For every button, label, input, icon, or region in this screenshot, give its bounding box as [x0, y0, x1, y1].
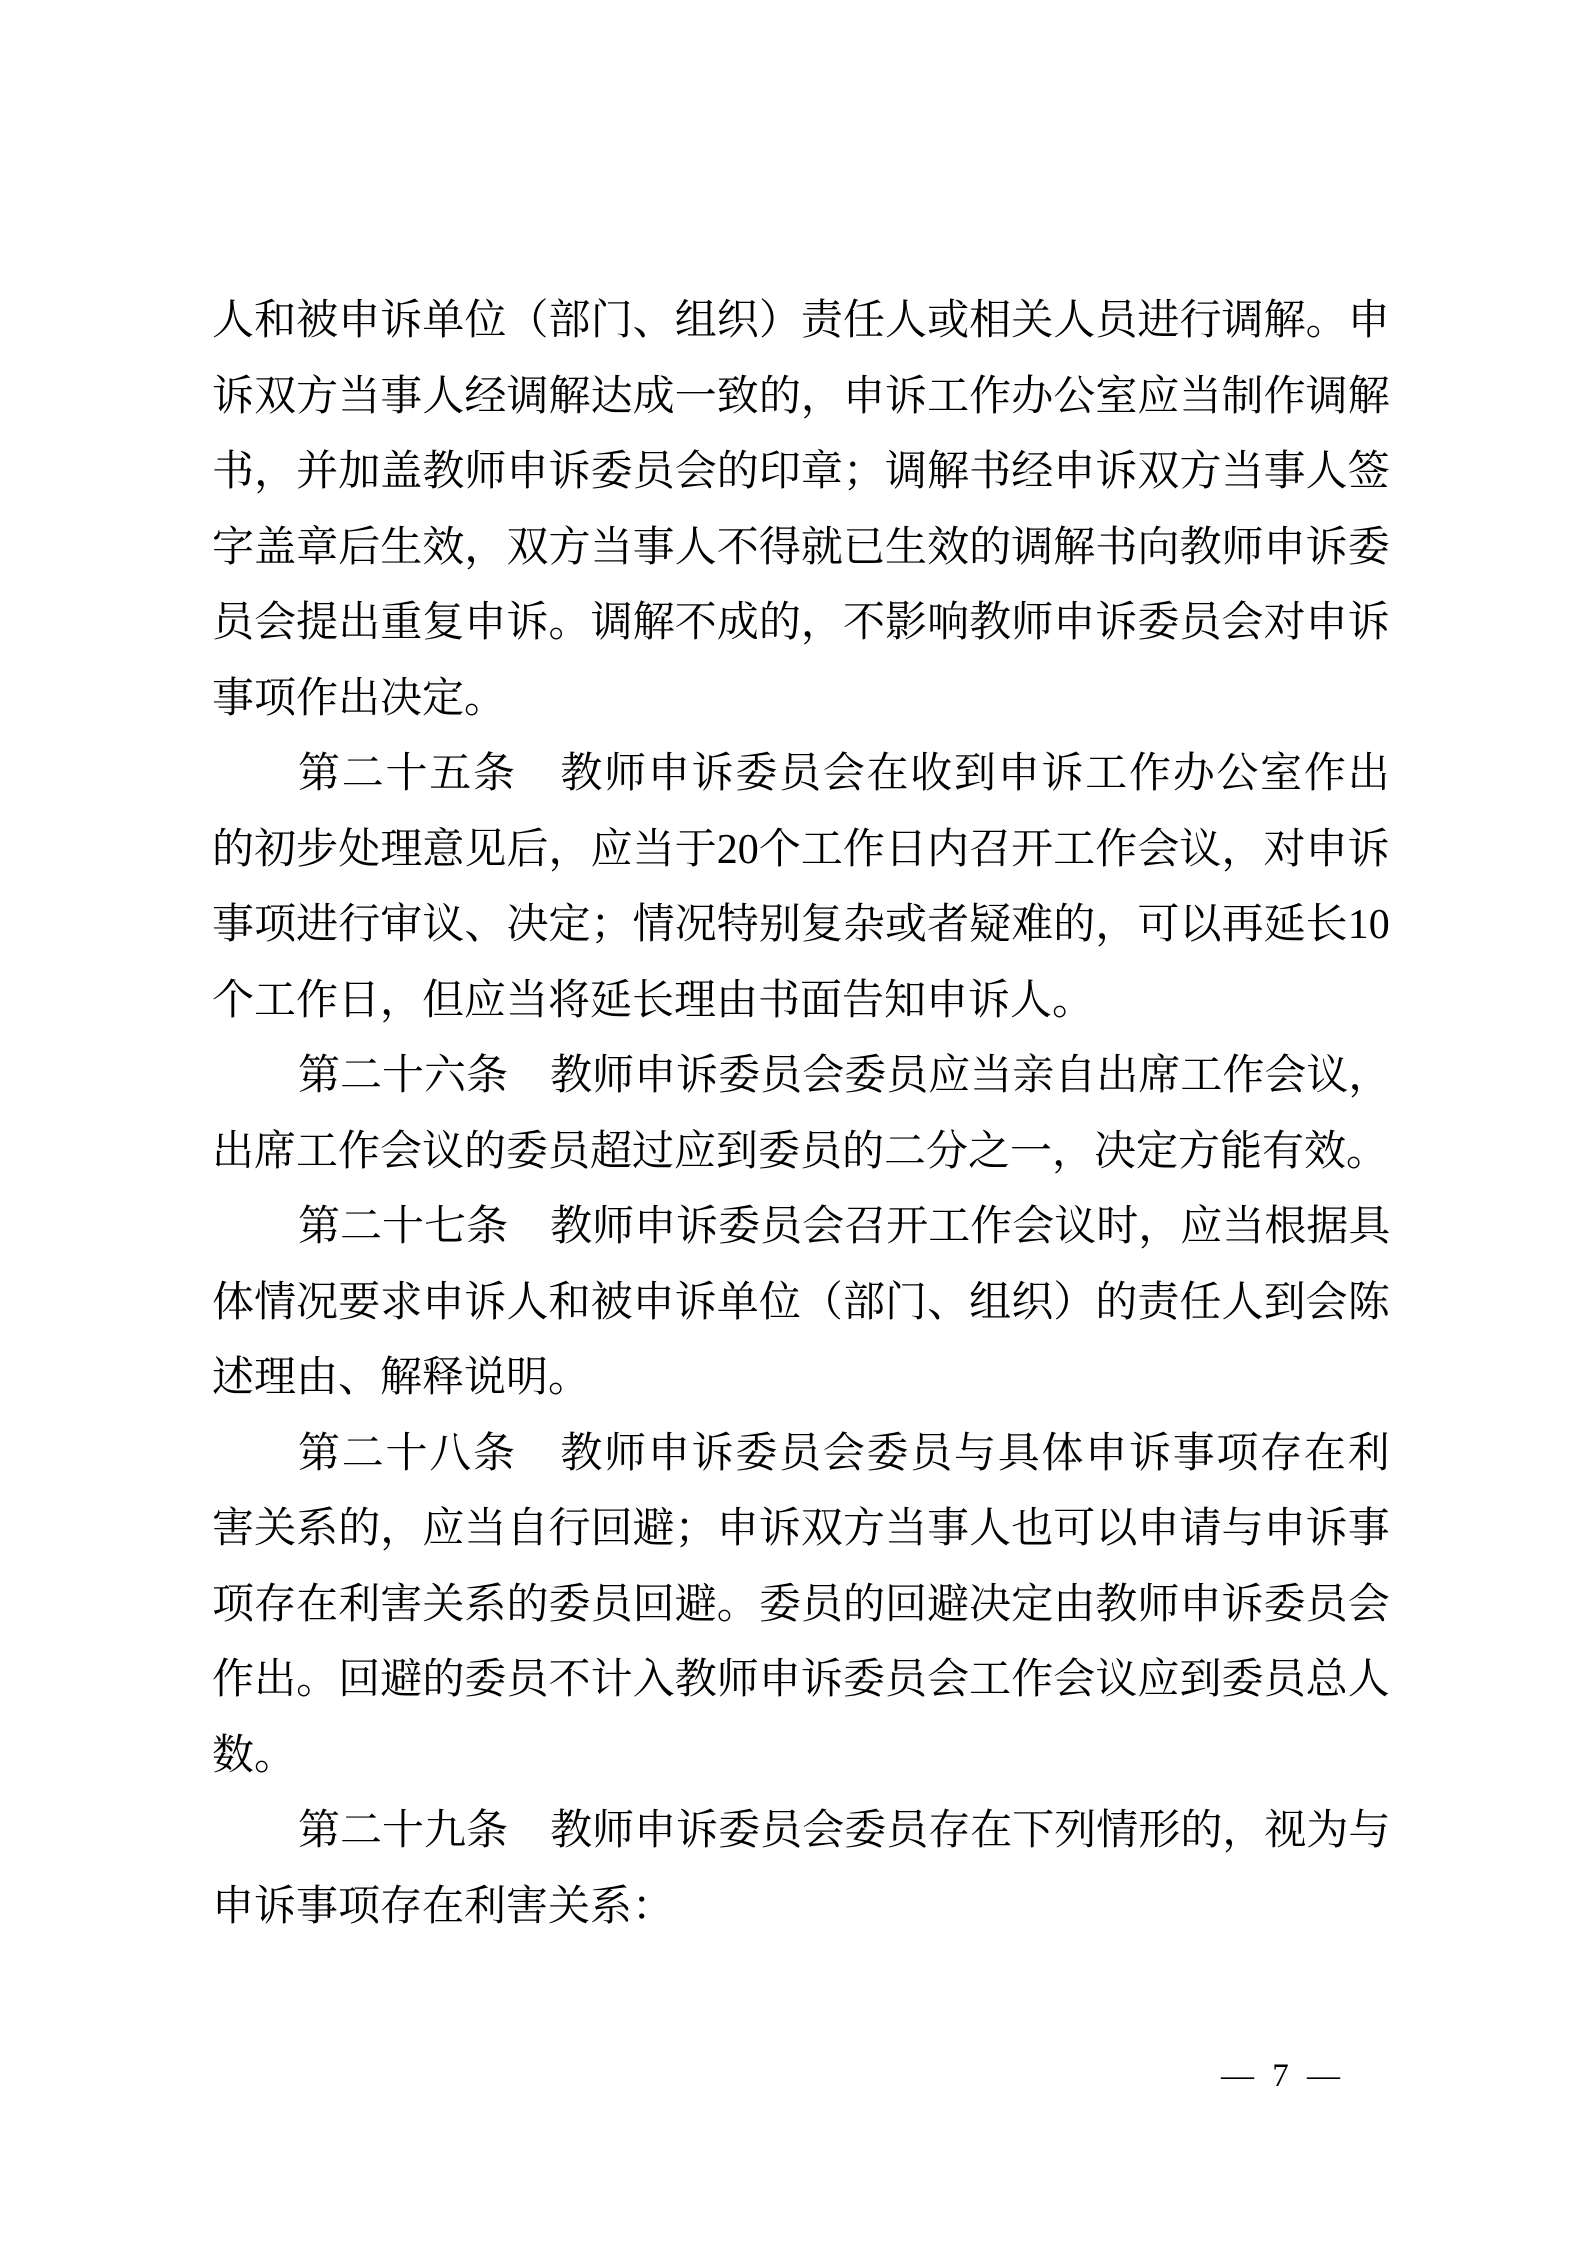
text-line: 述理由、解释说明。	[212, 1341, 1390, 1417]
text-line: 事项作出决定。	[212, 662, 1390, 738]
text-line: 数。	[212, 1719, 1390, 1795]
text-line: 的初步处理意见后，应当于 20 个工作日内召开工作会议，对申诉	[212, 813, 1390, 889]
text-line: 第二十七条 教师申诉委员会召开工作会议时，应当根据具	[212, 1190, 1390, 1266]
text-line: 诉双方当事人经调解达成一致的，申诉工作办公室应当制作调解	[212, 360, 1390, 436]
text-line: 作出。回避的委员不计入教师申诉委员会工作会议应到委员总人	[212, 1643, 1390, 1719]
text-line: 书，并加盖教师申诉委员会的印章；调解书经申诉双方当事人签	[212, 435, 1390, 511]
text-line: 第二十五条 教师申诉委员会在收到申诉工作办公室作出	[212, 737, 1390, 813]
text-line: 字盖章后生效，双方当事人不得就已生效的调解书向教师申诉委	[212, 511, 1390, 587]
text-line: 第二十九条 教师申诉委员会委员存在下列情形的，视为与	[212, 1794, 1390, 1870]
text-line: 害关系的，应当自行回避；申诉双方当事人也可以申请与申诉事	[212, 1492, 1390, 1568]
text-line: 员会提出重复申诉。调解不成的，不影响教师申诉委员会对申诉	[212, 586, 1390, 662]
page-number: — 7 —	[1157, 2056, 1409, 2096]
text-line: 第二十八条 教师申诉委员会委员与具体申诉事项存在利	[212, 1417, 1390, 1493]
text-line: 人和被申诉单位（部门、组织）责任人或相关人员进行调解。申	[212, 284, 1390, 360]
text-line: 申诉事项存在利害关系：	[212, 1870, 1390, 1946]
text-line: 事项进行审议、决定；情况特别复杂或者疑难的，可以再延长 10	[212, 888, 1390, 964]
text-line: 项存在利害关系的委员回避。委员的回避决定由教师申诉委员会	[212, 1568, 1390, 1644]
text-line: 出席工作会议的委员超过应到委员的二分之一，决定方能有效。	[212, 1115, 1390, 1191]
text-block: 人和被申诉单位（部门、组织）责任人或相关人员进行调解。申诉双方当事人经调解达成一…	[212, 284, 1390, 1945]
text-line: 体情况要求申诉人和被申诉单位（部门、组织）的责任人到会陈	[212, 1266, 1390, 1342]
document-page: 人和被申诉单位（部门、组织）责任人或相关人员进行调解。申诉双方当事人经调解达成一…	[0, 0, 1587, 2245]
text-line: 个工作日，但应当将延长理由书面告知申诉人。	[212, 964, 1390, 1040]
text-line: 第二十六条 教师申诉委员会委员应当亲自出席工作会议，	[212, 1039, 1390, 1115]
